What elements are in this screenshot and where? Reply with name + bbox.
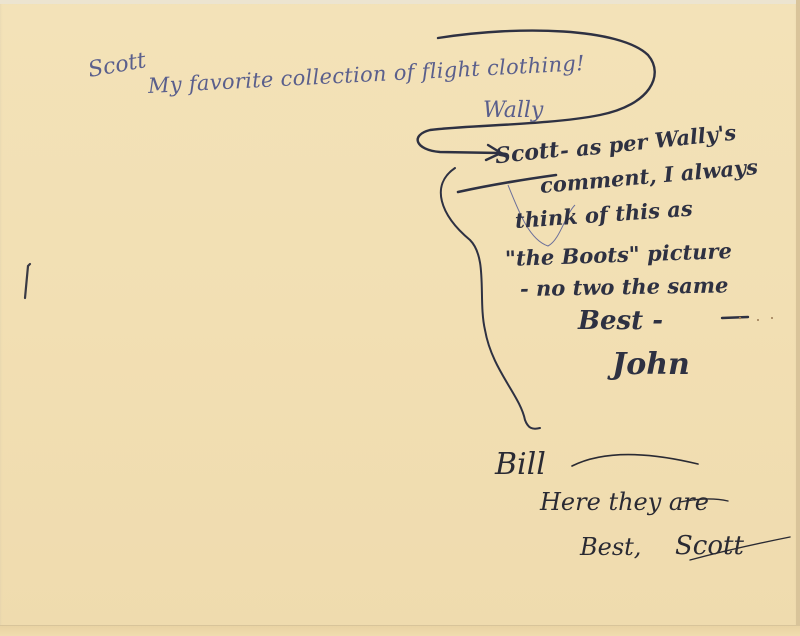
john-note-line4: "the Boots" picture — [505, 240, 733, 269]
best-dash — [722, 317, 748, 318]
john-note-line2: comment, I always — [539, 156, 759, 196]
note-paper: Scott My favorite collection of flight c… — [0, 0, 800, 636]
john-note-line3: think of this as — [514, 198, 693, 231]
scott-signature: Scott — [675, 533, 744, 559]
scott-note-salutation: Bill — [495, 450, 546, 480]
margin-bracket — [25, 264, 30, 298]
paper-top-edge — [0, 0, 800, 4]
scott-note-body: Here they are — [540, 490, 709, 514]
scott-note-closing: Best, — [580, 535, 641, 559]
john-note-salutation: Scott — [494, 139, 560, 168]
john-signature: John — [612, 350, 690, 380]
paper-right-edge — [796, 0, 800, 636]
wally-note-body: My favorite collection of flight clothin… — [147, 53, 585, 97]
john-note-line5: - no two the same — [520, 274, 729, 299]
paper-bottom-edge — [0, 625, 800, 636]
wally-note-salutation: Scott — [87, 50, 148, 82]
john-note-closing: Best - — [578, 308, 663, 334]
john-note-line1: - as per Wally's — [559, 122, 737, 161]
wally-signature: Wally — [483, 100, 543, 122]
bill-flourish — [572, 454, 698, 466]
